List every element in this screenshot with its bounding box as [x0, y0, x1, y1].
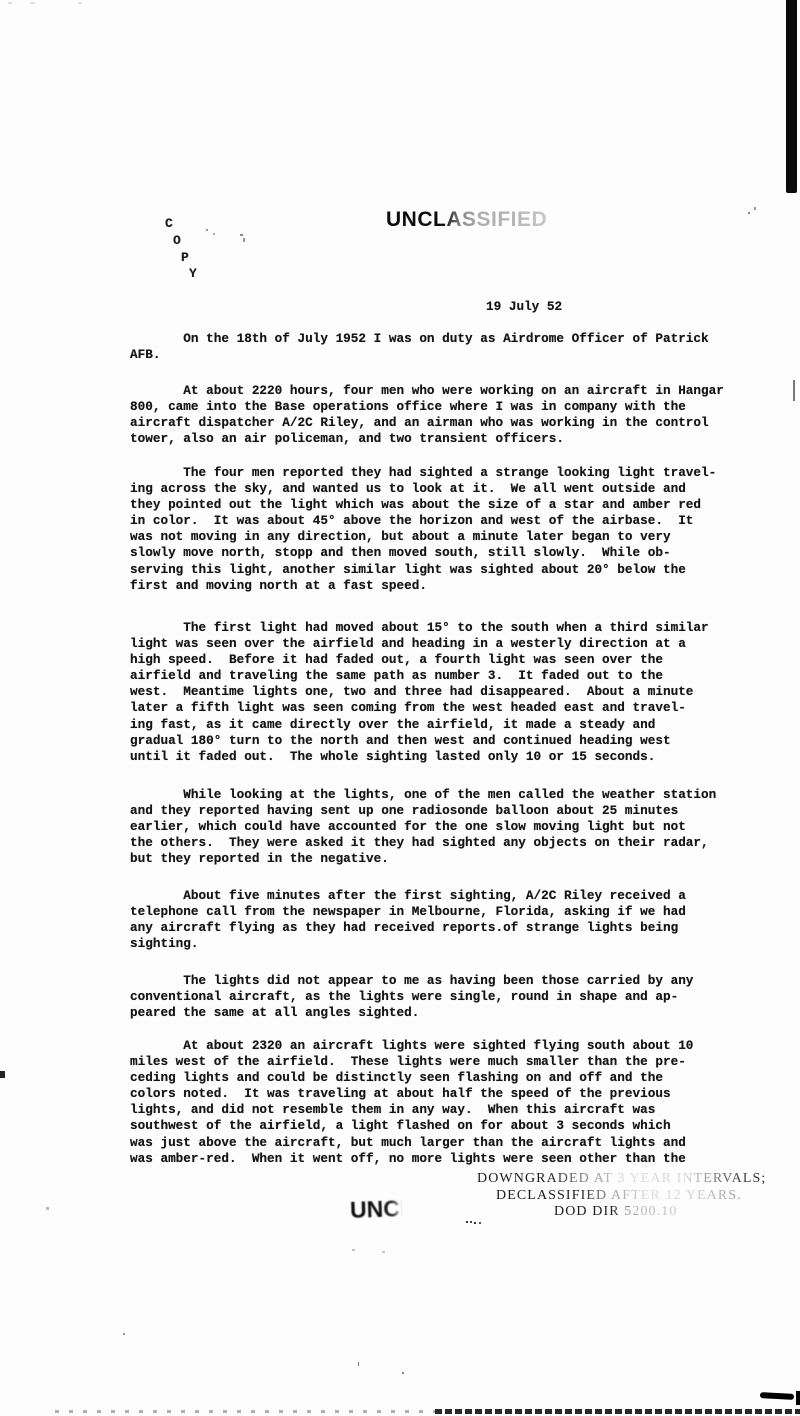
paragraph-3: The four men reported they had sighted a…	[130, 465, 716, 594]
scan-artifact-dots	[466, 1221, 468, 1223]
downgrade-stamp-line3: DOD DIR 5200.10	[554, 1204, 677, 1220]
scan-artifact-hook	[760, 1392, 794, 1400]
copy-marking-letter: O	[173, 233, 181, 248]
copy-marking-letter: P	[181, 250, 189, 265]
copy-marking-letter: Y	[189, 266, 197, 281]
paragraph-6: About five minutes after the first sight…	[130, 888, 686, 952]
scan-speck	[206, 229, 208, 231]
document-page: C O P Y UNCLASSIFIED 19 July 52 On the 1…	[0, 0, 800, 1416]
date: 19 July 52	[486, 299, 562, 314]
paragraph-1: On the 18th of July 1952 I was on duty a…	[130, 331, 709, 363]
paragraph-8: At about 2320 an aircraft lights were si…	[130, 1038, 693, 1167]
scan-artifact-edge-mark	[0, 1071, 5, 1078]
scan-speck	[352, 1249, 355, 1251]
scan-artifact-line	[793, 380, 795, 401]
scan-speck	[754, 207, 756, 210]
paragraph-4: The first light had moved about 15° to t…	[130, 620, 709, 765]
unclassified-stamp-bottom: UNCLASSIFIED	[350, 1191, 521, 1224]
downgrade-stamp-line2: DECLASSIFIED AFTER 12 YEARS.	[496, 1188, 742, 1204]
scan-artifact-dashed-edge-left	[55, 1410, 435, 1413]
paragraph-2: At about 2220 hours, four men who were w…	[130, 383, 724, 447]
scan-speck	[240, 234, 243, 236]
scan-artifact-dashed-edge-right	[435, 1409, 800, 1414]
scan-artifact-black-bar	[786, 0, 797, 193]
unclassified-stamp-top: UNCLASSIFIED	[386, 208, 547, 232]
paragraph-5: While looking at the lights, one of the …	[130, 787, 716, 867]
downgrade-stamp-line1: DOWNGRADED AT 3 YEAR INTERVALS;	[477, 1171, 766, 1187]
scan-speck	[30, 2, 35, 4]
copy-marking-letter: C	[165, 216, 173, 231]
scan-artifact-edge-sliver	[796, 1391, 800, 1405]
scan-speck	[748, 212, 750, 214]
scan-speck	[46, 1207, 49, 1210]
scan-speck	[123, 1333, 125, 1335]
scan-speck	[243, 238, 245, 242]
scan-speck	[402, 1372, 404, 1374]
paragraph-7: The lights did not appear to me as havin…	[130, 973, 693, 1021]
scan-speck	[358, 1362, 359, 1366]
scan-speck	[78, 2, 82, 4]
scan-speck	[213, 233, 215, 235]
scan-speck	[8, 2, 12, 4]
scan-speck	[382, 1251, 385, 1253]
